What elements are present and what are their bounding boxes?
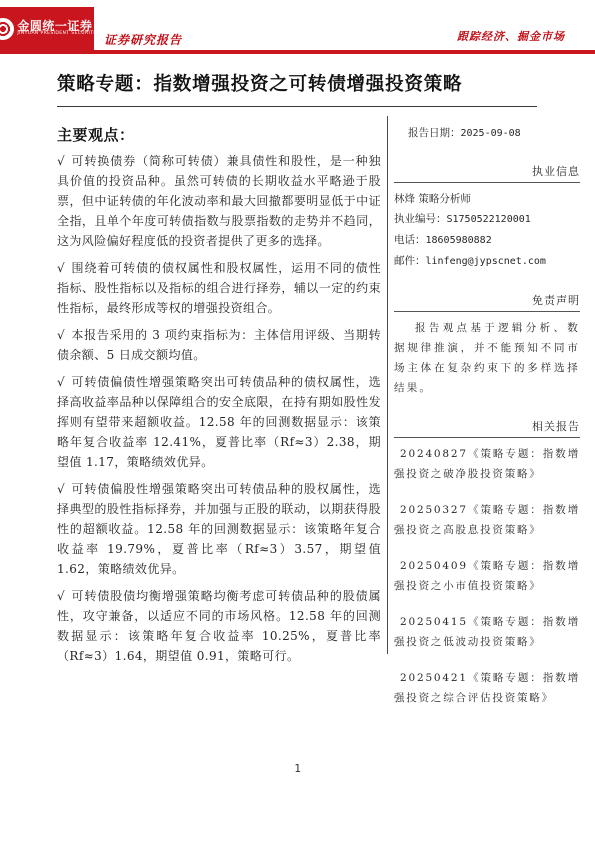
related-report-item: 20250421《策略专题：指数增强投资之综合评估投资策略》 bbox=[394, 668, 580, 708]
report-title: 策略专题：指数增强投资之可转债增强投资策略 bbox=[57, 70, 462, 96]
related-report-item: 20250327《策略专题：指数增强投资之高股息投资策略》 bbox=[394, 500, 580, 540]
bullet-text: 本报告采用的 3 项约束指标为：主体信用评级、当期转债余额、5 日成交额均值。 bbox=[57, 328, 381, 362]
bullet-text: 可转换债券（简称可转债）兼具债性和股性，是一种独具价值的投资品种。虽然可转债的长… bbox=[57, 154, 381, 248]
bullet-paragraph: √可转债偏债性增强策略突出可转债品种的债权属性，选择高收益率品种以保障组合的安全… bbox=[57, 372, 381, 472]
brand-logo: 金圆统一证券 JINYUAN PRESIDENT SECURITIES bbox=[0, 7, 94, 50]
disclaimer-text: 报告观点基于逻辑分析、数据规律推演，并不能预知不同市场主体在复杂约束下的多样选择… bbox=[394, 318, 580, 398]
bullet-paragraph: √本报告采用的 3 项约束指标为：主体信用评级、当期转债余额、5 日成交额均值。 bbox=[57, 325, 381, 365]
check-bullet-icon: √ bbox=[57, 375, 65, 389]
coin-emblem-icon bbox=[0, 18, 14, 40]
license-label: 执业编号： bbox=[394, 213, 447, 225]
main-column: 主要观点： √可转换债券（简称可转债）兼具债性和股性，是一种独具价值的投资品种。… bbox=[57, 116, 387, 673]
phone-label: 电话： bbox=[394, 234, 426, 246]
bullet-paragraph: √可转债偏股性增强策略突出可转债品种的股权属性，选择典型的股性指标择券，并加强与… bbox=[57, 479, 381, 579]
bullet-text: 可转债股债均衡增强策略均衡考虑可转债品种的股债属性，攻守兼备，以适应不同的市场风… bbox=[57, 589, 381, 663]
brand-text: 金圆统一证券 JINYUAN PRESIDENT SECURITIES bbox=[17, 20, 101, 37]
related-report-item: 20250409《策略专题：指数增强投资之小市值投资策略》 bbox=[394, 556, 580, 596]
related-report-item: 20250415《策略专题：指数增强投资之低波动投资策略》 bbox=[394, 612, 580, 652]
report-date-value: 2025-09-08 bbox=[461, 128, 521, 139]
check-bullet-icon: √ bbox=[57, 154, 65, 168]
report-type-label: 证券研究报告 bbox=[104, 31, 182, 48]
company-name-en: JINYUAN PRESIDENT SECURITIES bbox=[17, 32, 101, 37]
header-divider-bar bbox=[0, 50, 595, 54]
phone-line: 电话：18605980882 bbox=[394, 230, 580, 251]
report-date-label: 报告日期： bbox=[408, 127, 461, 139]
phone-number: 18605980882 bbox=[426, 235, 492, 246]
bullet-text: 可转债偏债性增强策略突出可转债品种的债权属性，选择高收益率品种以保障组合的安全底… bbox=[57, 375, 381, 469]
report-date: 报告日期：2025-09-08 bbox=[394, 124, 580, 143]
email-label: 邮件： bbox=[394, 255, 426, 267]
check-bullet-icon: √ bbox=[57, 328, 65, 342]
email-line: 邮件：linfeng@jypscnet.com bbox=[394, 251, 580, 272]
email-address: linfeng@jypscnet.com bbox=[426, 256, 546, 267]
license-number: S1750522120001 bbox=[447, 214, 531, 225]
report-page: 金圆统一证券 JINYUAN PRESIDENT SECURITIES 证券研究… bbox=[0, 0, 595, 841]
main-points-heading: 主要观点： bbox=[57, 124, 381, 145]
check-bullet-icon: √ bbox=[57, 589, 65, 603]
check-bullet-icon: √ bbox=[57, 482, 65, 496]
related-reports-heading: 相关报告 bbox=[394, 418, 580, 438]
bullet-paragraph: √可转债股债均衡增强策略均衡考虑可转债品种的股债属性，攻守兼备，以适应不同的市场… bbox=[57, 586, 381, 666]
bullet-paragraph: √可转换债券（简称可转债）兼具债性和股性，是一种独具价值的投资品种。虽然可转债的… bbox=[57, 151, 381, 251]
page-number: 1 bbox=[0, 762, 595, 775]
sidebar: 报告日期：2025-09-08 执业信息 林烽 策略分析师 执业编号：S1750… bbox=[387, 116, 580, 654]
practice-info-heading: 执业信息 bbox=[394, 163, 580, 183]
bullet-paragraph: √围绕着可转债的债权属性和股权属性，运用不同的债性指标、股性指标以及指标的组合进… bbox=[57, 258, 381, 318]
analyst-name: 林烽 策略分析师 bbox=[394, 189, 580, 209]
header-slogan: 跟踪经济、掘金市场 bbox=[457, 28, 565, 44]
title-divider bbox=[57, 106, 537, 107]
content-area: 主要观点： √可转换债券（简称可转债）兼具债性和股性，是一种独具价值的投资品种。… bbox=[57, 116, 580, 673]
disclaimer-heading: 免责声明 bbox=[394, 292, 580, 312]
related-report-item: 20240827《策略专题：指数增强投资之破净股投资策略》 bbox=[394, 444, 580, 484]
bullet-text: 可转债偏股性增强策略突出可转债品种的股权属性，选择典型的股性指标择券，并加强与正… bbox=[57, 482, 381, 576]
check-bullet-icon: √ bbox=[57, 261, 65, 275]
license-line: 执业编号：S1750522120001 bbox=[394, 209, 580, 230]
bullet-text: 围绕着可转债的债权属性和股权属性，运用不同的债性指标、股性指标以及指标的组合进行… bbox=[57, 261, 381, 315]
